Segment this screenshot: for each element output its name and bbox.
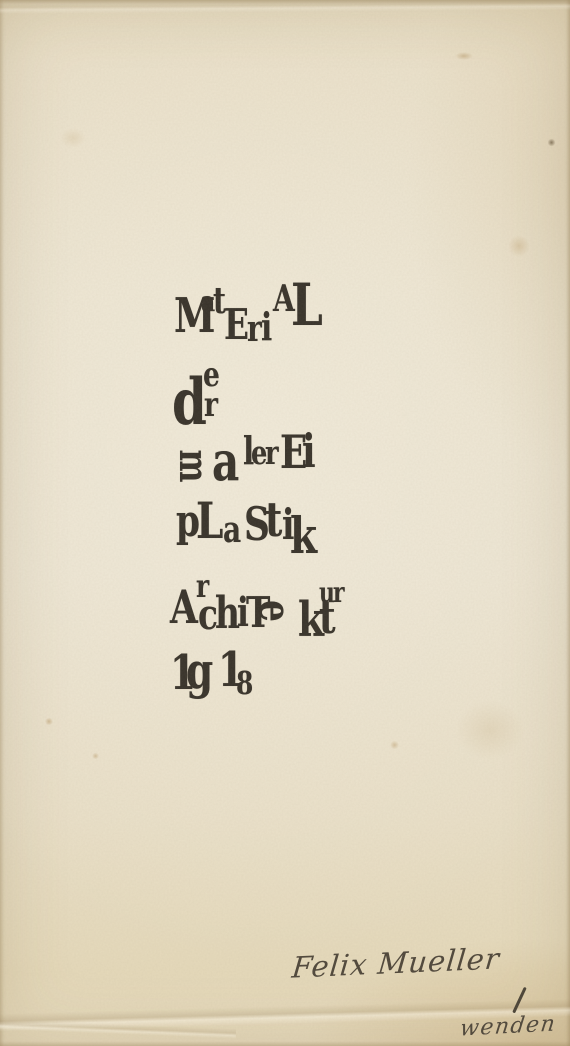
paper-edge-right bbox=[566, 0, 570, 1046]
title-glyph-line6: g bbox=[186, 646, 213, 696]
title-glyph-line4: L bbox=[196, 496, 223, 546]
title-glyph-line4: a bbox=[223, 512, 241, 548]
title-glyph-line5: A bbox=[170, 584, 198, 630]
bottom-left-wrinkle bbox=[0, 1019, 236, 1038]
foxing-spot bbox=[45, 718, 53, 725]
paper-edge-bottom bbox=[0, 1041, 570, 1046]
pencil-slash-mark bbox=[512, 987, 526, 1013]
foxing-spot bbox=[390, 741, 399, 749]
title-glyph-line3: r bbox=[265, 436, 279, 469]
foxing-spot bbox=[508, 235, 530, 257]
title-glyph-line4: t bbox=[265, 496, 282, 544]
foxing-spot bbox=[455, 52, 473, 60]
title-glyph-line1: r bbox=[247, 311, 262, 347]
title-glyph-line6: 8 bbox=[236, 667, 253, 699]
title-glyph-line3: m bbox=[173, 449, 213, 482]
paper-edge-left bbox=[0, 0, 4, 1046]
dark-speck bbox=[548, 139, 555, 146]
title-glyph-line1: E bbox=[224, 304, 249, 346]
title-glyph-line1: i bbox=[261, 308, 272, 346]
artist-signature: Felix Mueller bbox=[290, 941, 501, 984]
foxing-stain bbox=[60, 128, 86, 148]
title-glyph-line3: a bbox=[212, 434, 239, 488]
paper-edge-top bbox=[0, 0, 570, 4]
title-glyph-line5: e bbox=[252, 600, 296, 622]
title-glyph-line1: L bbox=[291, 276, 323, 334]
foxing-stain bbox=[455, 700, 525, 760]
foxing-spot bbox=[92, 753, 99, 759]
title-glyph-line2: r bbox=[204, 388, 218, 422]
title-glyph-line4: k bbox=[290, 511, 317, 561]
pencil-note-wenden: wenden bbox=[459, 1011, 558, 1041]
title-glyph-line3: i bbox=[302, 428, 316, 474]
title-glyph-line2: d bbox=[172, 371, 207, 435]
title-glyph-line5: r bbox=[333, 579, 345, 607]
scanned-artwork-page: MatEriALdermalerEipLaStikArchiTektur1g18… bbox=[0, 0, 570, 1046]
horizontal-fold-crease bbox=[0, 0, 570, 14]
